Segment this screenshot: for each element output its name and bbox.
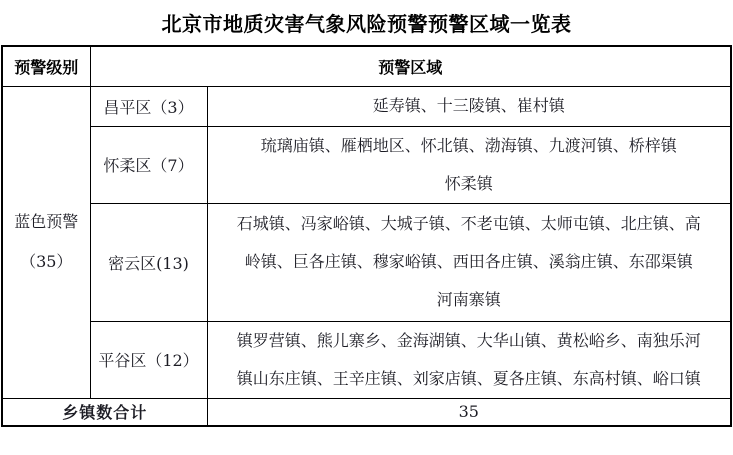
area-towns-line: 怀柔镇 — [210, 165, 729, 203]
table-row-miyun: 密云区(13) 石城镇、冯家峪镇、大城子镇、不老屯镇、太师屯镇、北庄镇、高 岭镇… — [2, 203, 731, 321]
table-row-pinggu: 平谷区（12） 镇罗营镇、熊儿寨乡、金海湖镇、大华山镇、黄松峪乡、南独乐河 镇山… — [2, 321, 731, 398]
district-cell-changping: 昌平区（3） — [90, 86, 207, 126]
footer-total-value: 35 — [207, 398, 731, 426]
area-cell-miyun: 石城镇、冯家峪镇、大城子镇、不老屯镇、太师屯镇、北庄镇、高 岭镇、巨各庄镇、穆家… — [207, 203, 731, 321]
warning-level-count: （35） — [5, 242, 88, 282]
page-title: 北京市地质灾害气象风险预警预警区域一览表 — [0, 0, 733, 45]
area-towns-line: 河南寨镇 — [210, 281, 729, 319]
footer-total-label: 乡镇数合计 — [2, 398, 207, 426]
area-towns-line: 镇山东庄镇、王辛庄镇、刘家店镇、夏各庄镇、东高村镇、峪口镇 — [210, 360, 729, 398]
header-row: 预警级别 预警区域 — [2, 46, 731, 86]
header-warning-level: 预警级别 — [2, 46, 90, 86]
area-towns-line: 岭镇、巨各庄镇、穆家峪镇、西田各庄镇、溪翁庄镇、东邵渠镇 — [210, 243, 729, 281]
footer-row: 乡镇数合计 35 — [2, 398, 731, 426]
area-towns-line: 镇罗营镇、熊儿寨乡、金海湖镇、大华山镇、黄松峪乡、南独乐河 — [210, 322, 729, 360]
area-towns-line: 延寿镇、十三陵镇、崔村镇 — [210, 87, 729, 125]
area-towns-line: 琉璃庙镇、雁栖地区、怀北镇、渤海镇、九渡河镇、桥梓镇 — [210, 127, 729, 165]
warning-level-name: 蓝色预警 — [5, 202, 88, 242]
district-cell-pinggu: 平谷区（12） — [90, 321, 207, 398]
warning-level-cell: 蓝色预警 （35） — [2, 86, 90, 398]
table-row-changping: 蓝色预警 （35） 昌平区（3） 延寿镇、十三陵镇、崔村镇 — [2, 86, 731, 126]
district-cell-huairou: 怀柔区（7） — [90, 126, 207, 203]
area-cell-pinggu: 镇罗营镇、熊儿寨乡、金海湖镇、大华山镇、黄松峪乡、南独乐河 镇山东庄镇、王辛庄镇… — [207, 321, 731, 398]
district-cell-miyun: 密云区(13) — [90, 203, 207, 321]
warning-table: 预警级别 预警区域 蓝色预警 （35） 昌平区（3） 延寿镇、十三陵镇、崔村镇 … — [1, 45, 732, 427]
header-warning-area: 预警区域 — [90, 46, 731, 86]
document-page: 北京市地质灾害气象风险预警预警区域一览表 预警级别 预警区域 蓝色预警 （35）… — [0, 0, 733, 455]
table-row-huairou: 怀柔区（7） 琉璃庙镇、雁栖地区、怀北镇、渤海镇、九渡河镇、桥梓镇 怀柔镇 — [2, 126, 731, 203]
area-cell-huairou: 琉璃庙镇、雁栖地区、怀北镇、渤海镇、九渡河镇、桥梓镇 怀柔镇 — [207, 126, 731, 203]
area-towns-line: 石城镇、冯家峪镇、大城子镇、不老屯镇、太师屯镇、北庄镇、高 — [210, 205, 729, 243]
area-cell-changping: 延寿镇、十三陵镇、崔村镇 — [207, 86, 731, 126]
